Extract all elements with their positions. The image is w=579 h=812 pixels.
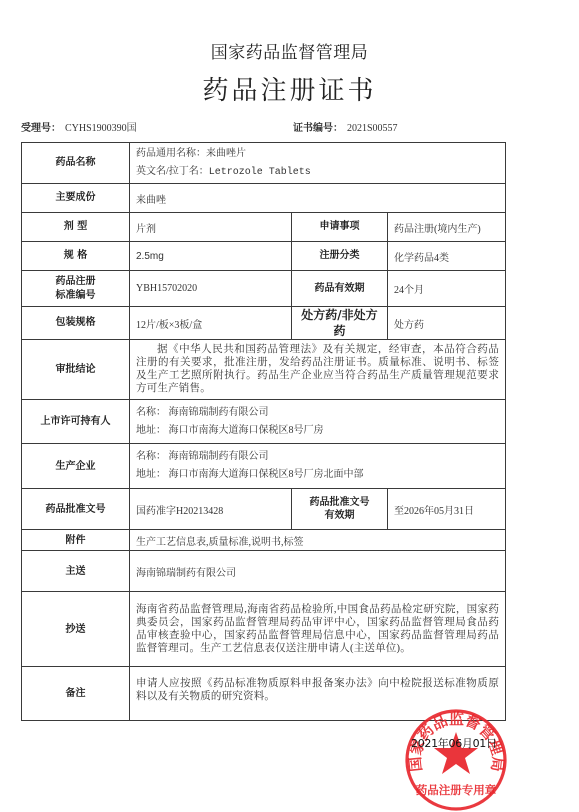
english-name: 英文名/拉丁名：Letrozole Tablets [136,163,499,182]
value-drug-name: 药品通用名称：来曲唑片 英文名/拉丁名：Letrozole Tablets [130,143,506,184]
value-attachments: 生产工艺信息表,质量标准,说明书,标签 [130,530,506,551]
label-holder: 上市许可持有人 [22,400,130,444]
row-drug-name: 药品名称 药品通用名称：来曲唑片 英文名/拉丁名：Letrozole Table… [22,143,506,184]
manufacturer-address: 地址： 海口市南海大道海口保税区8号厂房北面中部 [136,466,499,484]
label-conclusion: 审批结论 [22,340,130,400]
value-dosage-form: 片剂 [130,213,292,242]
label-package: 包装规格 [22,307,130,340]
value-standard-number: YBH15702020 [130,271,292,307]
row-conclusion: 审批结论 据《中华人民共和国药品管理法》及有关规定，经审查，本品符合药品注册的有… [22,340,506,400]
value-approval-validity: 至2026年05月31日 [388,489,506,530]
document-title: 药品注册证书 [0,70,579,107]
label-standard-line1: 药品注册 [28,275,123,289]
official-seal-icon: 国家药品监督管理局 药品注册专用章 [404,708,508,812]
certificate-value: 2021S00557 [347,123,398,134]
label-standard-number: 药品注册 标准编号 [22,271,130,307]
value-registration-class: 化学药品4类 [388,242,506,271]
label-manufacturer: 生产企业 [22,444,130,489]
issue-date: 2021年06月01日 [411,735,497,751]
row-dosage-form: 剂 型 片剂 申请事项 药品注册(境内生产) [22,213,506,242]
label-approval-number: 药品批准文号 [22,489,130,530]
value-application-item: 药品注册(境内生产) [388,213,506,242]
cc-text: 海南省药品监督管理局,海南省药品检验所,中国食品药品检定研究院，国家药典委员会，… [136,603,499,655]
row-attachments: 附件 生产工艺信息表,质量标准,说明书,标签 [22,530,506,551]
issuing-agency: 国家药品监督管理局 [0,38,579,63]
label-registration-class: 注册分类 [292,242,388,271]
holder-address: 地址： 海口市南海大道海口保税区8号厂房 [136,422,499,440]
value-spec: 2.5mg [130,242,292,271]
acceptance-value: CYHS1900390国 [65,123,137,134]
label-approval-validity-line1: 药品批准文号 [298,496,381,510]
value-main-recipient: 海南锦瑞制药有限公司 [130,551,506,592]
value-cc: 海南省药品监督管理局,海南省药品检验所,中国食品药品检定研究院，国家药典委员会，… [130,592,506,667]
row-ingredient: 主要成份 来曲唑 [22,184,506,213]
label-approval-validity-line2: 有效期 [298,509,381,523]
value-ingredient: 来曲唑 [130,184,506,213]
value-conclusion: 据《中华人民共和国药品管理法》及有关规定，经审查，本品符合药品注册的有关要求，批… [130,340,506,400]
label-ingredient: 主要成份 [22,184,130,213]
label-dosage-form: 剂 型 [22,213,130,242]
row-package: 包装规格 12片/板×3板/盒 处方药/非处方药 处方药 [22,307,506,340]
value-package: 12片/板×3板/盒 [130,307,292,340]
label-remarks: 备注 [22,667,130,721]
row-manufacturer: 生产企业 名称： 海南锦瑞制药有限公司 地址： 海口市南海大道海口保税区8号厂房… [22,444,506,489]
label-application-item: 申请事项 [292,213,388,242]
generic-name: 药品通用名称：来曲唑片 [136,145,499,163]
value-shelf-life: 24个月 [388,271,506,307]
row-cc: 抄送 海南省药品监督管理局,海南省药品检验所,中国食品药品检定研究院，国家药典委… [22,592,506,667]
value-approval-number: 国药准字H20213428 [130,489,292,530]
value-holder: 名称： 海南锦瑞制药有限公司 地址： 海口市南海大道海口保税区8号厂房 [130,400,506,444]
label-shelf-life: 药品有效期 [292,271,388,307]
certificate-number: 证书编号：2021S00557 [293,119,398,134]
row-standard: 药品注册 标准编号 YBH15702020 药品有效期 24个月 [22,271,506,307]
label-main-recipient: 主送 [22,551,130,592]
certificate-label: 证书编号： [293,123,343,134]
manufacturer-name: 名称： 海南锦瑞制药有限公司 [136,448,499,466]
label-drug-name: 药品名称 [22,143,130,184]
row-approval: 药品批准文号 国药准字H20213428 药品批准文号 有效期 至2026年05… [22,489,506,530]
row-main-recipient: 主送 海南锦瑞制药有限公司 [22,551,506,592]
value-manufacturer: 名称： 海南锦瑞制药有限公司 地址： 海口市南海大道海口保税区8号厂房北面中部 [130,444,506,489]
value-prescription-type: 处方药 [388,307,506,340]
label-attachments: 附件 [22,530,130,551]
label-approval-validity: 药品批准文号 有效期 [292,489,388,530]
remarks-text: 申请人应按照《药品标准物质原料申报备案办法》向中检院报送标准物质原料以及有关物质… [136,677,499,703]
row-spec: 规 格 2.5mg 注册分类 化学药品4类 [22,242,506,271]
english-name-value: Letrozole Tablets [209,167,311,178]
acceptance-number: 受理号：CYHS1900390国 [21,119,137,134]
certificate-table: 药品名称 药品通用名称：来曲唑片 英文名/拉丁名：Letrozole Table… [21,142,506,721]
holder-name: 名称： 海南锦瑞制药有限公司 [136,404,499,422]
conclusion-text: 据《中华人民共和国药品管理法》及有关规定，经审查，本品符合药品注册的有关要求，批… [136,343,499,395]
label-standard-line2: 标准编号 [28,289,123,303]
label-spec: 规 格 [22,242,130,271]
english-name-prefix: 英文名/拉丁名： [136,166,209,177]
seal-bottom-text: 药品注册专用章 [416,783,497,797]
label-prescription-type: 处方药/非处方药 [292,307,388,340]
label-cc: 抄送 [22,592,130,667]
row-holder: 上市许可持有人 名称： 海南锦瑞制药有限公司 地址： 海口市南海大道海口保税区8… [22,400,506,444]
acceptance-label: 受理号： [21,123,61,134]
